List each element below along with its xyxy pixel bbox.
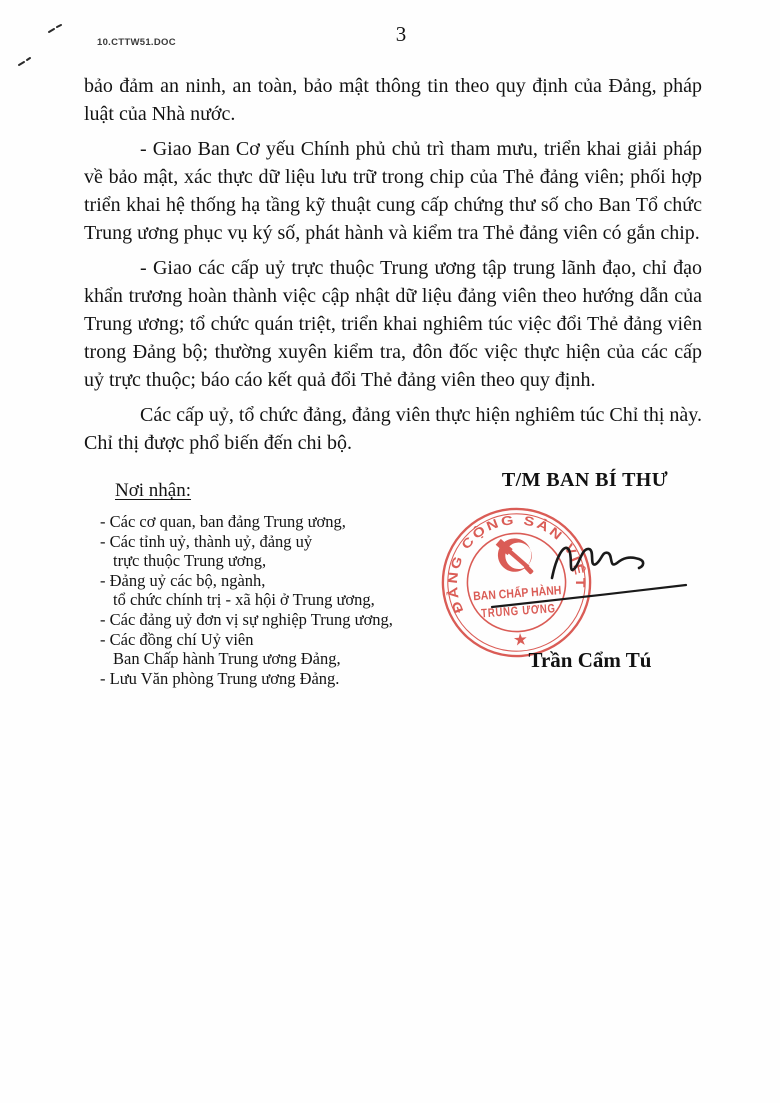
recipients-list: - Các cơ quan, ban đảng Trung ương,- Các… <box>100 512 410 688</box>
recipient-line: - Các đồng chí Uỷ viên <box>100 630 410 650</box>
recipient-line: - Lưu Văn phòng Trung ương Đảng. <box>100 669 410 689</box>
recipient-line: - Các tỉnh uỷ, thành uỷ, đảng uỷ <box>100 532 410 552</box>
signature-line <box>492 585 686 607</box>
recipients-block: Nơi nhận: - Các cơ quan, ban đảng Trung … <box>100 480 410 688</box>
signature-scribble <box>552 548 643 578</box>
recipient-line: - Các cơ quan, ban đảng Trung ương, <box>100 512 410 532</box>
document-filename: 10.CTTW51.DOC <box>97 37 176 48</box>
signing-authority: T/M BAN BÍ THƯ <box>460 469 710 492</box>
page-number: 3 <box>386 22 416 47</box>
recipient-line: trực thuộc Trung ương, <box>100 551 410 571</box>
document-body: bảo đảm an ninh, an toàn, bảo mật thông … <box>84 72 702 464</box>
ink-specks <box>12 18 76 76</box>
ink-speck <box>49 29 54 32</box>
body-paragraph: bảo đảm an ninh, an toàn, bảo mật thông … <box>84 72 702 128</box>
body-paragraph: - Giao Ban Cơ yếu Chính phủ chủ trì tham… <box>84 135 702 247</box>
ink-speck <box>19 62 24 65</box>
ink-speck <box>27 58 30 60</box>
recipients-heading: Nơi nhận: <box>115 480 410 502</box>
body-paragraph: Các cấp uỷ, tổ chức đảng, đảng viên thực… <box>84 401 702 457</box>
recipient-line: - Các đảng uỷ đơn vị sự nghiệp Trung ươn… <box>100 610 410 630</box>
seal-star-icon: ★ <box>512 630 528 650</box>
ink-speck <box>57 25 61 27</box>
body-paragraph: - Giao các cấp uỷ trực thuộc Trung ương … <box>84 254 702 394</box>
recipient-line: tổ chức chính trị - xã hội ở Trung ương, <box>100 590 410 610</box>
recipient-line: - Đảng uỷ các bộ, ngành, <box>100 571 410 591</box>
scanned-document-page: 10.CTTW51.DOC 3 bảo đảm an ninh, an toàn… <box>0 0 780 1103</box>
handwritten-signature <box>486 524 701 616</box>
signer-name: Trần Cẩm Tú <box>495 648 685 673</box>
recipient-line: Ban Chấp hành Trung ương Đảng, <box>100 649 410 669</box>
